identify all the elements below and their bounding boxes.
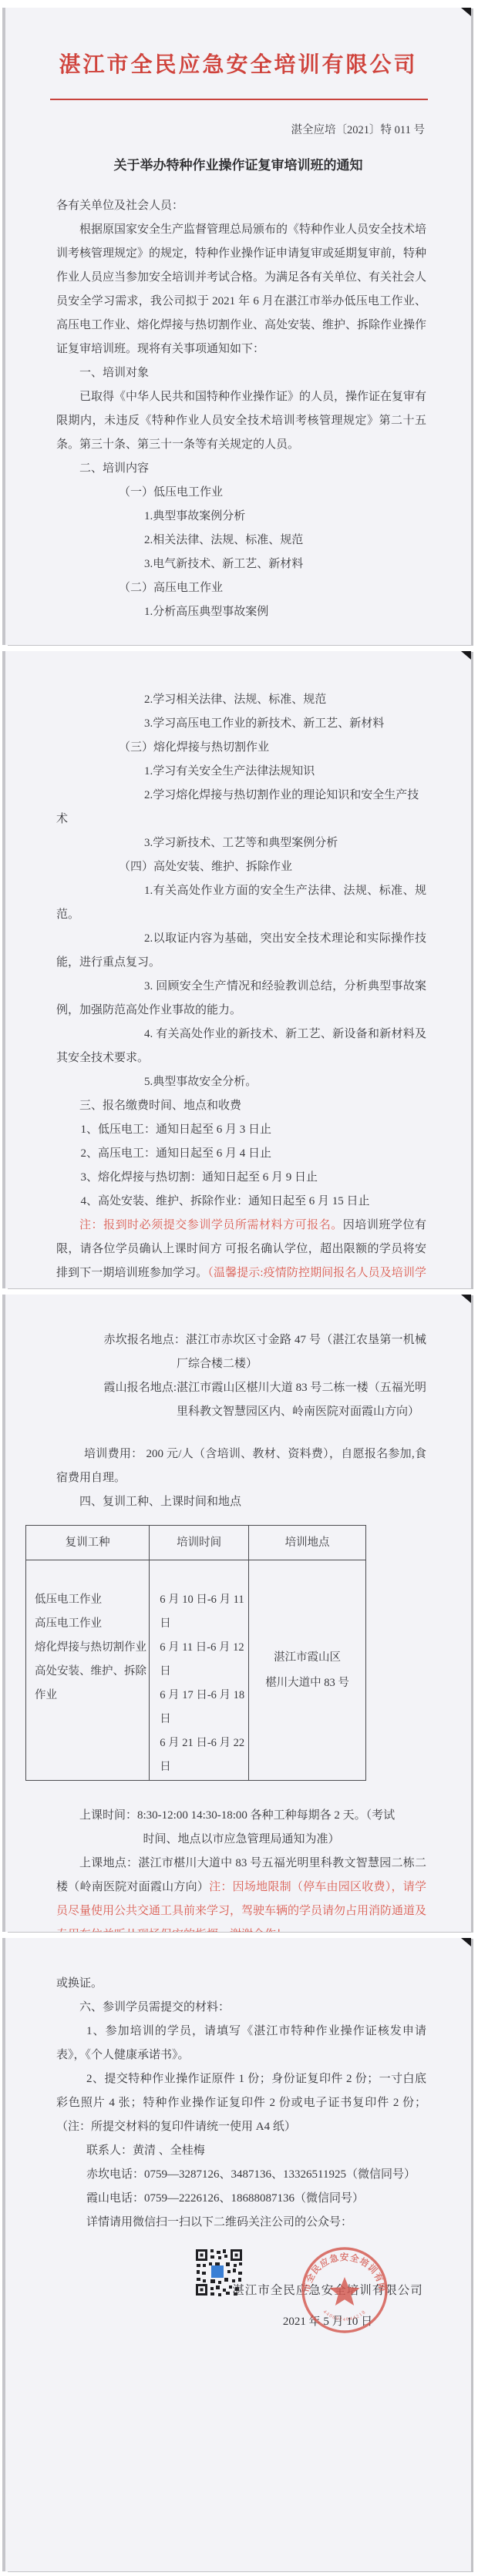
page-1: 湛江市全民应急安全培训有限公司 湛全应培〔2021〕特 011 号 关于举办特种… [5,8,471,645]
company-seal-stamp: 湛江市全民应急安全培训有限公司 4406024044218 [299,2245,390,2336]
list-item: 1.学习有关安全生产法律法规知识 [56,760,426,784]
page-3: 赤坎报名地点：湛江市赤坎区寸金路 47 号（湛江农垦第一机械厂综合楼二楼） 霞山… [5,1295,471,1932]
deadline-item: 2、高压电工：通知日起至 6 月 4 日止 [56,1142,426,1166]
list-item: 5.典型事故安全分析。 [56,1070,426,1094]
page-corner-fold-icon [461,8,471,16]
table-header-row: 复训工种 培训时间 培训地点 [26,1526,366,1560]
intro-paragraph: 根据原国家安全生产监督管理总局颁布的《特种作业人员安全技术培训考核管理规定》的规… [56,218,426,361]
letterhead-divider [50,99,428,100]
chikan-phone: 赤坎电话：0759—3287126、3487136、13326511925（微信… [56,2163,426,2187]
page-corner-fold-icon [461,1295,471,1303]
table-cell-value: 6 月 10 日-6 月 11 日 [150,1588,247,1636]
class-address: 上课地点：湛江市椹川大道中 83 号五福光明里科教文智慧园二栋二楼（岭南医院对面… [56,1852,426,1932]
page-corner-fold-icon [461,1938,471,1946]
page-4: 或换证。 六、参训学员需提交的材料： 1、参加培训的学员，请填写《湛江市特种作业… [5,1938,471,2571]
section-2-heading: 二、培训内容 [56,457,426,481]
note-red-warning: 注：报到时必须提交参训学员所需材料方可报名。 [79,1219,343,1231]
qr-hint: 详情请用微信扫一扫以下二维码关注公司的公众号： [56,2211,426,2235]
list-item: 2.以取证内容为基础，突出安全技术理论和实际操作技能，进行重点复习。 [56,927,426,975]
list-item: 3.电气新技术、新工艺、新材料 [56,552,426,576]
class-time-line2: 时间、地点以市应急管理局通知为准） [56,1828,426,1852]
red-seal-icon: 湛江市全民应急安全培训有限公司 4406024044218 [299,2245,390,2336]
list-item: 2.学习熔化焊接与热切割作业的理论知识和安全生产技术 [56,784,426,831]
location-cell: 湛江市霞山区 椹川大道中 83 号 [249,1560,366,1781]
section-6-heading: 六、参训学员需提交的材料： [56,1996,426,2020]
list-item: 1.分析高压典型事故案例 [56,600,426,624]
scanned-notice-document: 湛江市全民应急安全培训有限公司 湛全应培〔2021〕特 011 号 关于举办特种… [0,0,478,2571]
svg-text:4406024044218: 4406024044218 [322,2309,368,2322]
xiashan-registration-address: 霞山报名地点:湛江市霞山区椹川大道 83 号二栋一楼（五福光明里科教文智慧园区内… [56,1376,426,1424]
table-cell-value: 6 月 11 日-6 月 12 日 [150,1636,247,1684]
training-fee: 培训费用： 200 元/人（含培训、教材、资料费），自愿报名参加,食宿费用自理。 [56,1442,426,1490]
list-item: 1.典型事故案例分析 [56,505,426,529]
subsection-4-heading: （四）高处安装、维护、拆除作业 [56,855,426,879]
table-cell-value: 椹川大道中 83 号 [250,1671,365,1696]
table-body-row: 低压电工作业 高压电工作业 熔化焊接与热切割作业 高处安装、维护、拆除作业 6 … [26,1560,366,1781]
list-item: 2.学习相关法律、法规、标准、规范 [56,688,426,712]
list-item: 2.相关法律、法规、标准、规范 [56,529,426,552]
notice-title: 关于举办特种作业操作证复审培训班的通知 [5,153,471,177]
table-cell-value: 低压电工作业 [27,1588,148,1612]
list-item: 3. 回顾安全生产情况和经验教训总结，分析典型事故案例，加强防范高处作业事故的能… [56,975,426,1023]
doc-number: 湛全应培〔2021〕特 011 号 [5,119,425,143]
qr-center-logo [211,2265,224,2278]
schedule-table: 复训工种 培训时间 培训地点 低压电工作业 高压电工作业 熔化焊接与热切割作业 … [25,1525,366,1781]
section-3-heading: 三、报名缴费时间、地点和收费 [56,1094,426,1118]
list-item: 3.学习高压电工作业的新技术、新工艺、新材料 [56,712,426,736]
column-header-worktype: 复训工种 [26,1526,150,1560]
list-item: 3.学习新技术、工艺等和典型案例分析 [56,831,426,855]
column-header-location: 培训地点 [249,1526,366,1560]
subsection-1-heading: （一）低压电工作业 [56,481,426,505]
table-cell-value: 熔化焊接与热切割作业 [27,1636,148,1660]
training-target-paragraph: 已取得《中华人民共和国特种作业操作证》的人员，操作证在复审有限期内，未违反《特种… [56,385,426,457]
contact-person: 联系人：黄清 、全桂梅 [56,2139,426,2163]
material-item: 2、提交特种作业操作证原件 1 份；身份证复印件 2 份；一寸白底彩色照片 4 … [56,2067,426,2139]
list-item: 4. 有关高处作业的新技术、新工艺、新设备和新材料及其安全技术要求。 [56,1023,426,1070]
table-cell-value: 高压电工作业 [27,1612,148,1636]
chikan-registration-address: 赤坎报名地点：湛江市赤坎区寸金路 47 号（湛江农垦第一机械厂综合楼二楼） [56,1328,426,1376]
letterhead-org-name: 湛江市全民应急安全培训有限公司 [5,52,471,79]
registration-note: 注：报到时必须提交参训学员所需材料方可报名。因培训班学位有限，请各位学员确认上课… [56,1214,426,1288]
section-1-heading: 一、培训对象 [56,361,426,385]
continued-text: 或换证。 [56,1972,426,1996]
class-time-line1: 上课时间：8:30-12:00 14:30-18:00 各种工种每期各 2 天。… [56,1804,426,1828]
subsection-2-heading: （二）高压电工作业 [56,576,426,600]
table-cell-value: 6 月 21 日-6 月 22 日 [150,1731,247,1779]
deadline-item: 3、熔化焊接与热切割：通知日起至 6 月 9 日止 [56,1166,426,1190]
salutation: 各有关单位及社会人员： [56,194,426,218]
table-cell-value: 6 月 17 日-6 月 18 日 [150,1684,247,1731]
column-header-time: 培训时间 [150,1526,249,1560]
deadline-item: 1、低压电工：通知日起至 6 月 3 日止 [56,1118,426,1142]
worktype-cell: 低压电工作业 高压电工作业 熔化焊接与热切割作业 高处安装、维护、拆除作业 [26,1560,150,1781]
xiashan-phone: 霞山电话：0759—2226126、18688087136（微信同号） [56,2187,426,2211]
time-cell: 6 月 10 日-6 月 11 日 6 月 11 日-6 月 12 日 6 月 … [150,1560,249,1781]
table-cell-value: 高处安装、维护、拆除作业 [27,1660,148,1708]
material-item: 1、参加培训的学员，请填写《湛江市特种作业操作证核发申请表》，《个人健康承诺书》… [56,2020,426,2067]
page-2: 2.学习相关法律、法规、标准、规范 3.学习高压电工作业的新技术、新工艺、新材料… [5,651,471,1288]
page-corner-fold-icon [461,651,471,660]
subsection-3-heading: （三）熔化焊接与热切割作业 [56,736,426,760]
table-cell-value: 湛江市霞山区 [250,1645,365,1671]
deadline-item: 4、高处安装、维护、拆除作业：通知日起至 6 月 15 日止 [56,1190,426,1214]
section-4-heading: 四、复训工种、上课时间和地点 [56,1490,426,1514]
list-item: 1.有关高处作业方面的安全生产法律、法规、标准、规范。 [56,879,426,927]
